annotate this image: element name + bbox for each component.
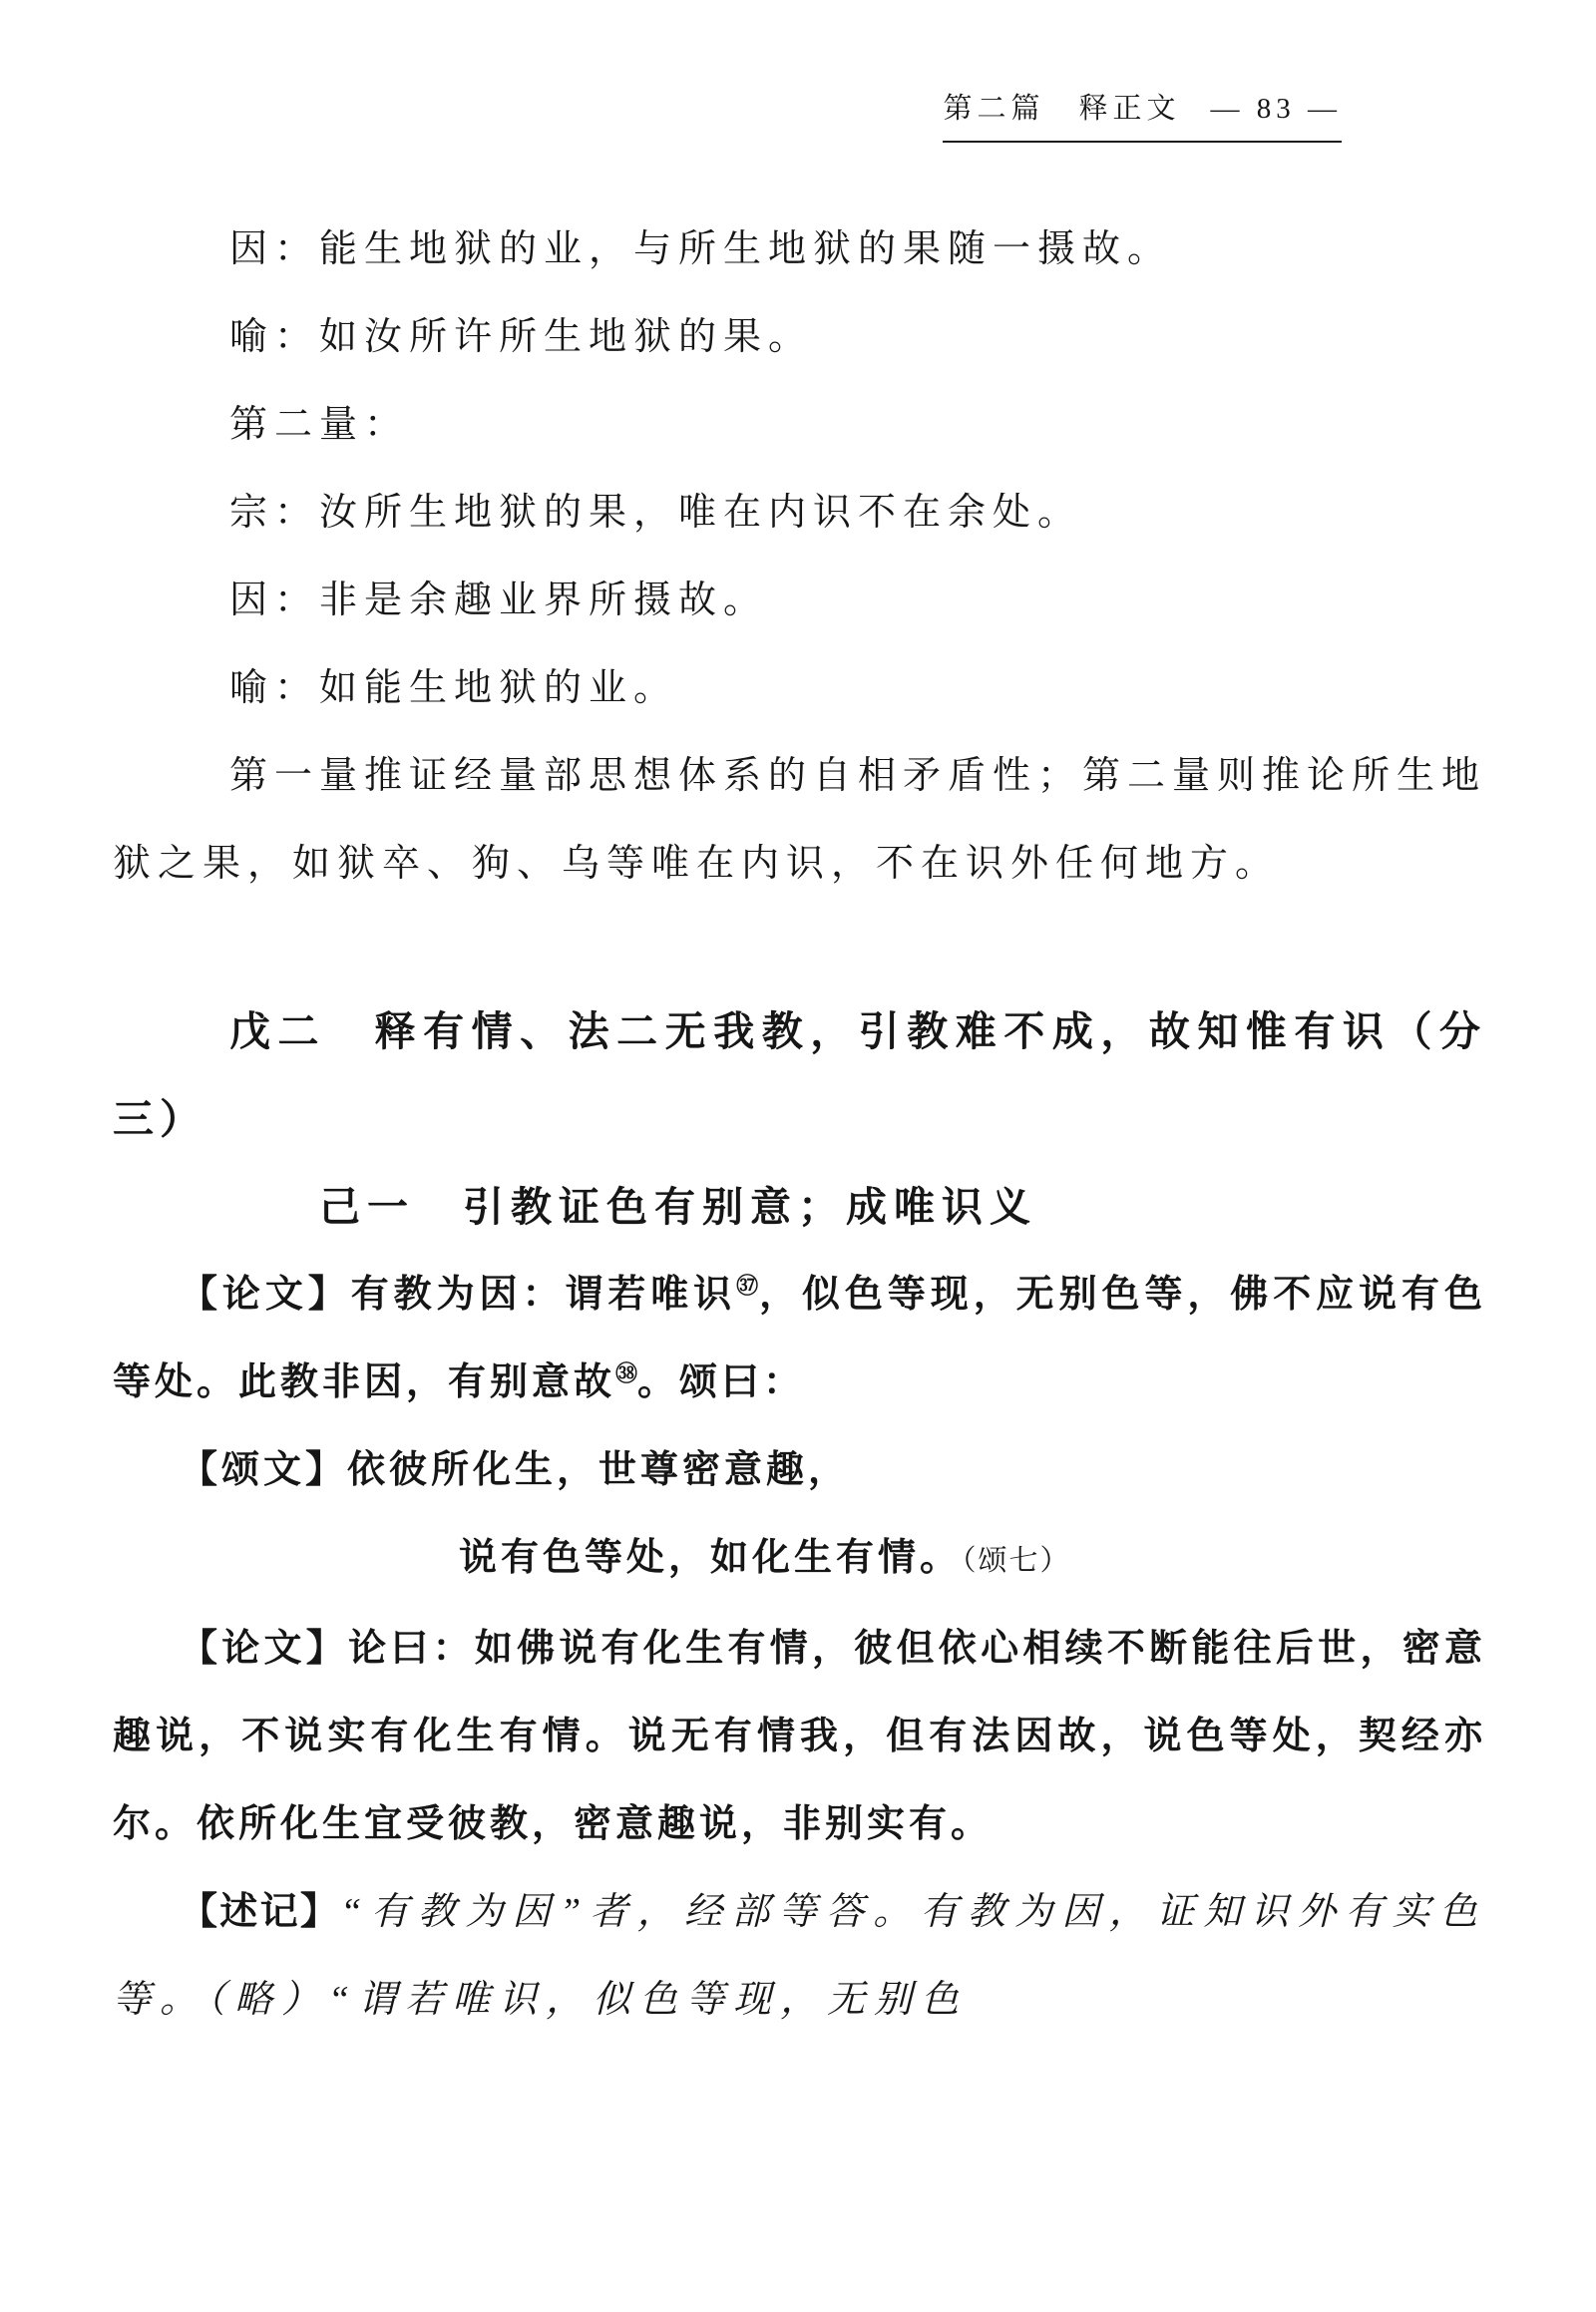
syllogism-line: 因：能生地狱的业，与所生地狱的果随一摄故。 — [113, 205, 1486, 293]
syllogism-line: 宗：汝所生地狱的果，唯在内识不在余处。 — [113, 469, 1486, 557]
lunwen-paragraph-1: 【论文】有教为因：谓若唯识㊲，似色等现，无别色等，佛不应说有色等处。此教非因，有… — [113, 1251, 1486, 1426]
running-head-section-title: 第二篇 释正文 — [943, 86, 1180, 127]
lunwen-label: 【论文】 — [180, 1628, 348, 1670]
shuji-paragraph: 【述记】“有教为因”者，经部等答。有教为因，证知识外有实色等。（略）“谓若唯识，… — [113, 1868, 1486, 2044]
lunwen-text: 有教为因：谓若唯识 — [351, 1274, 736, 1316]
footnote-ref-37: ㊲ — [736, 1273, 759, 1298]
songwen-label: 【颂文】 — [180, 1449, 347, 1491]
lunwen-label: 【论文】 — [180, 1274, 351, 1316]
verse-number-note: （颂七） — [962, 1545, 1071, 1577]
songwen-verse: 依彼所化生，世尊密意趣， — [347, 1449, 850, 1491]
shuji-label: 【述记】 — [180, 1891, 340, 1933]
syllogism-summary-paragraph: 第一量推证经量部思想体系的自相矛盾性；第二量则推论所生地狱之果，如狱卒、狗、乌等… — [113, 732, 1486, 908]
songwen-block: 【颂文】依彼所化生，世尊密意趣， 说有色等处，如化生有情。（颂七） — [113, 1426, 1486, 1605]
section-heading-ji-yi: 己一 引教证色有别意；成唯识义 — [113, 1163, 1486, 1251]
book-page: 第二篇 释正文 — 83 — 因：能生地狱的业，与所生地狱的果随一摄故。 喻：如… — [0, 0, 1596, 2312]
running-head-page-number: — 83 — — [1211, 93, 1343, 126]
footnote-ref-38: ㊳ — [615, 1360, 637, 1385]
section-heading-wu-er: 戊二 释有情、法二无我教，引教难不成，故知惟有识（分三） — [113, 987, 1486, 1163]
songwen-line-1: 【颂文】依彼所化生，世尊密意趣， — [113, 1426, 1486, 1514]
syllogism-line: 因：非是余趣业界所摄故。 — [113, 557, 1486, 644]
songwen-line-2: 说有色等处，如化生有情。（颂七） — [113, 1514, 1486, 1605]
page-content: 因：能生地狱的业，与所生地狱的果随一摄故。 喻：如汝所许所生地狱的果。 第二量：… — [113, 205, 1486, 2044]
songwen-verse: 说有色等处，如化生有情。 — [459, 1537, 962, 1579]
syllogism-line: 喻：如能生地狱的业。 — [113, 644, 1486, 732]
running-head: 第二篇 释正文 — 83 — — [943, 86, 1342, 143]
lunwen-text: 。颂曰： — [637, 1361, 805, 1403]
syllogism-line: 第二量： — [113, 381, 1486, 469]
syllogism-line: 喻：如汝所许所生地狱的果。 — [113, 293, 1486, 381]
lunwen-paragraph-2: 【论文】论曰：如佛说有化生有情，彼但依心相续不断能往后世，密意趣说，不说实有化生… — [113, 1605, 1486, 1868]
